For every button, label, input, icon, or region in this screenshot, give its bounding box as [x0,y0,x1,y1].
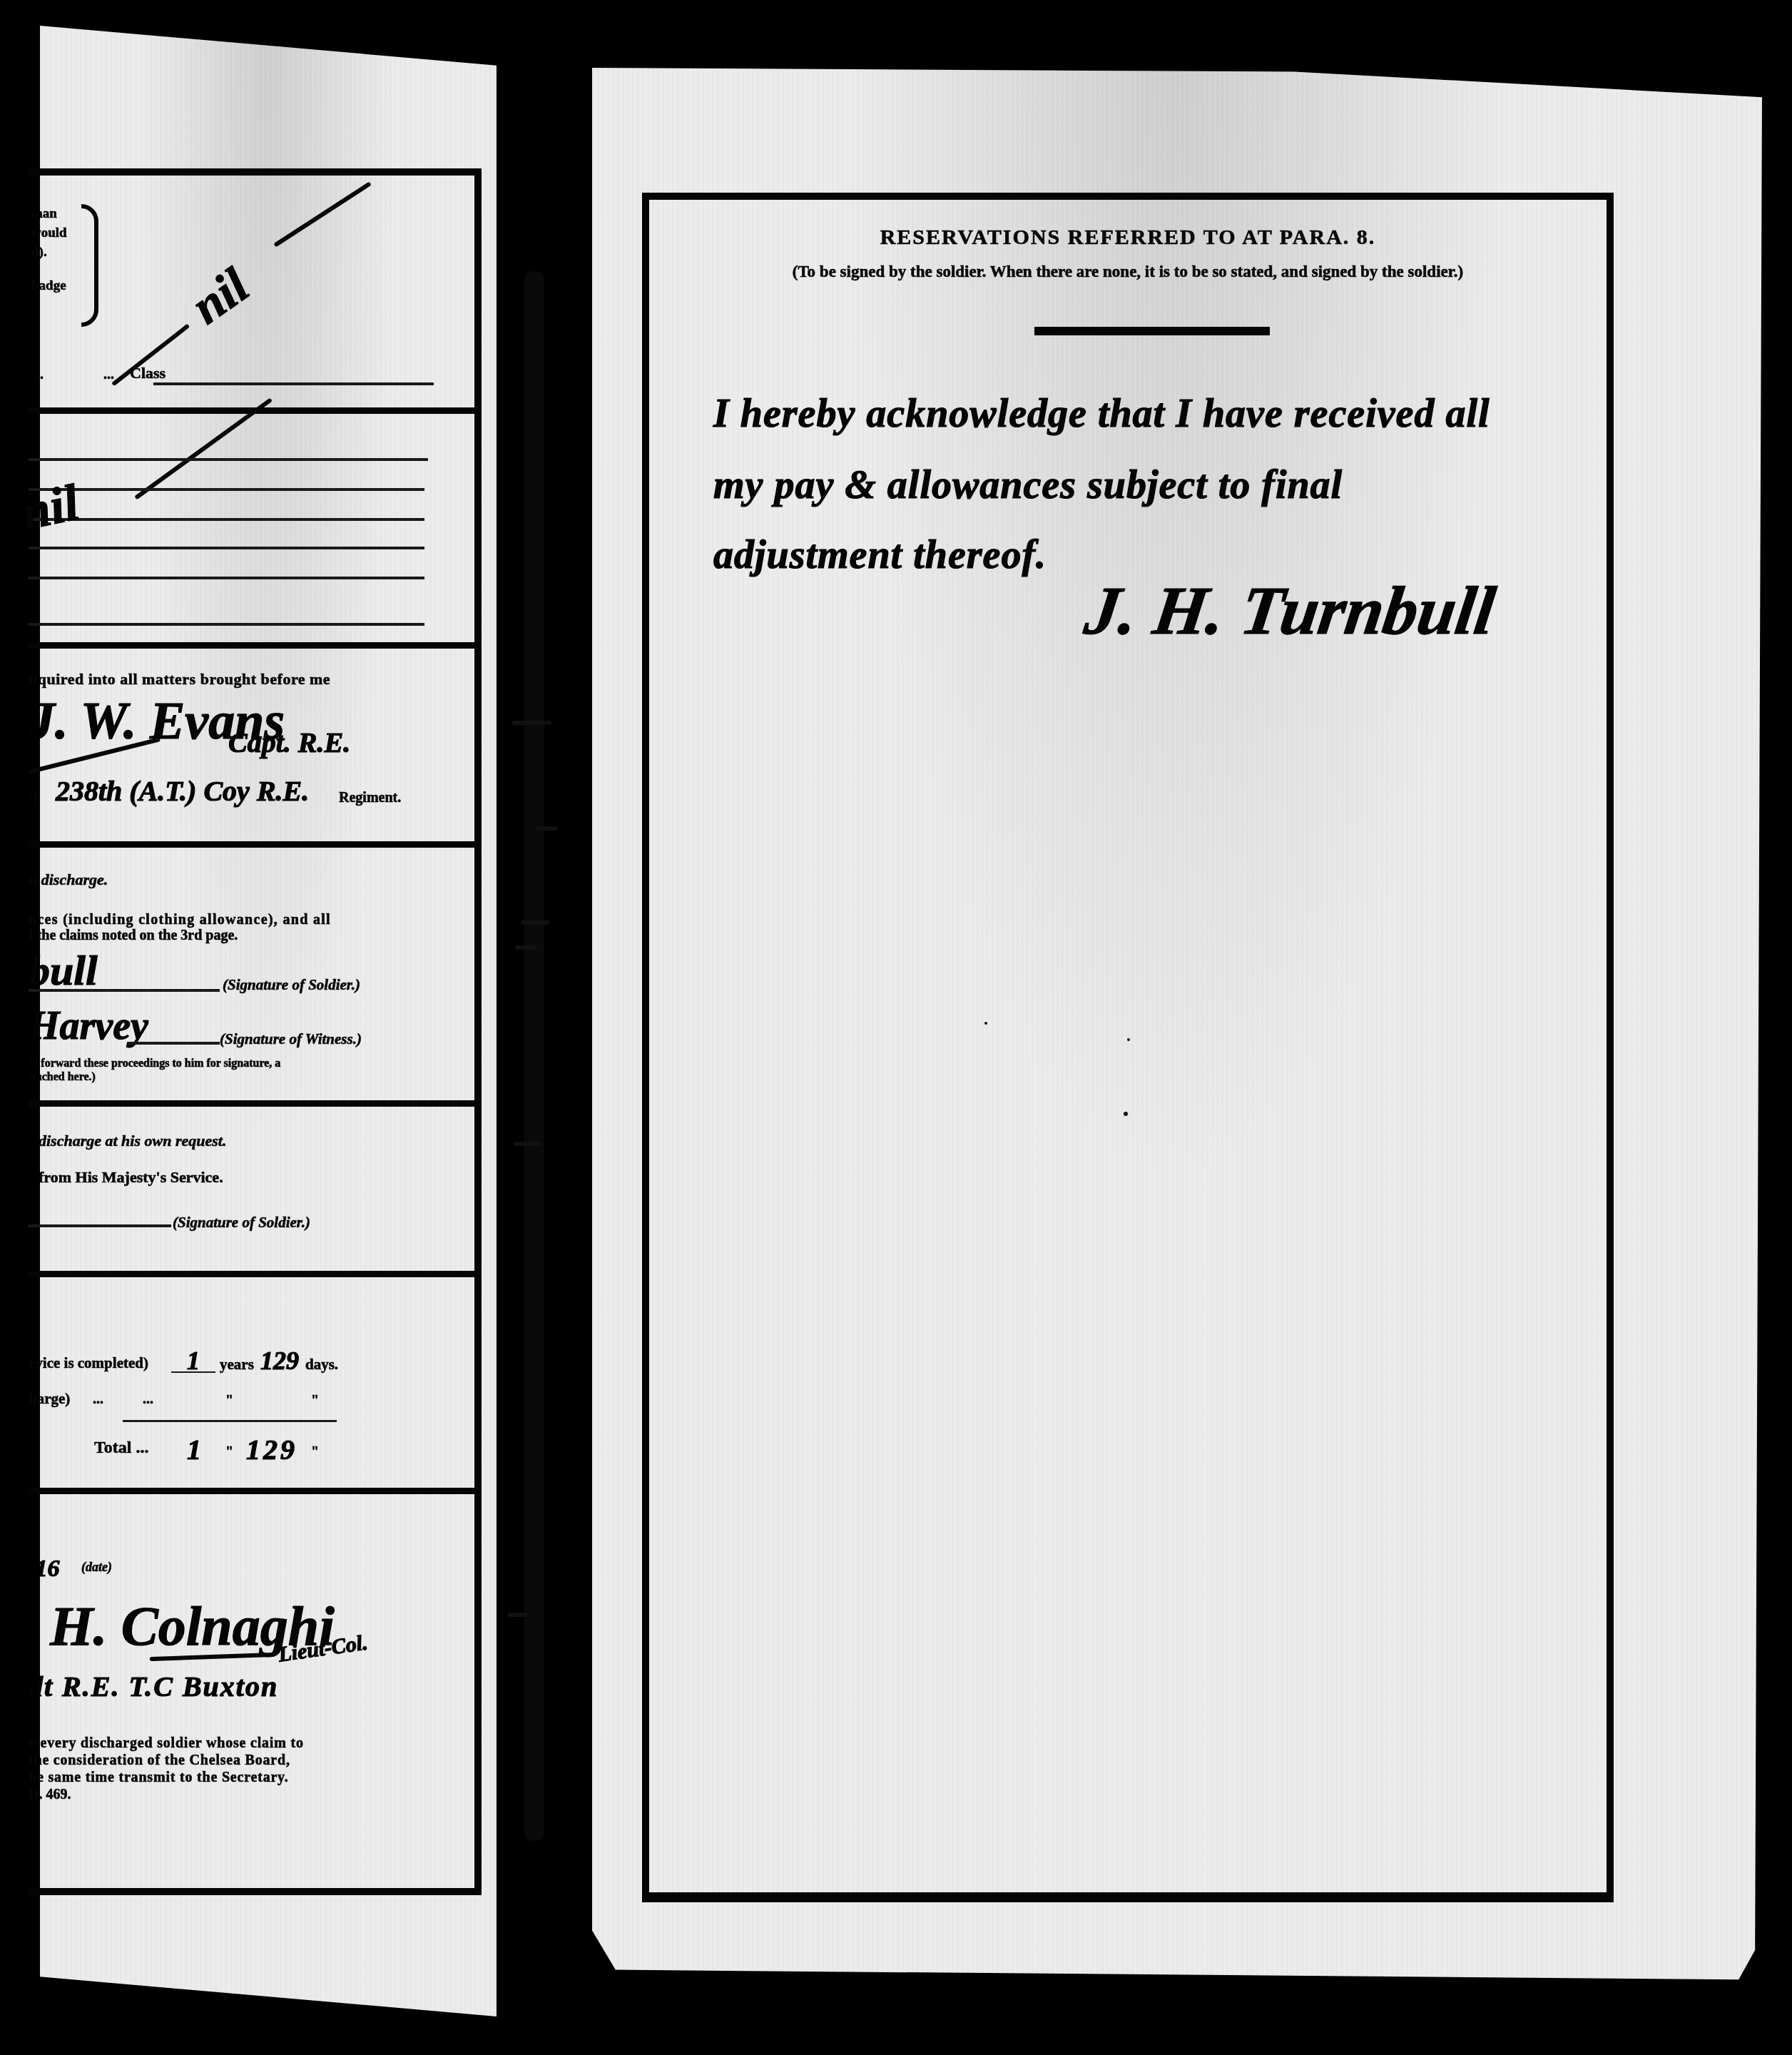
unit-handwritten: 238th (A.T.) Coy R.E. [56,774,309,808]
bracket-text-line: would [31,223,67,243]
stitch-mark [508,1613,528,1617]
title-divider [1034,327,1270,335]
allowances-line: nces (including clothing allowance), and… [29,912,331,928]
claims-line: f the claims noted on the 3rd page. [29,928,238,944]
total-years: 1 [187,1433,201,1466]
form-reference: D. 469. [29,1787,71,1803]
ink-speck [1124,1112,1128,1116]
forwarding-note: ttached here.) [29,1071,96,1084]
discharge-line: n discharge. [29,871,108,889]
stitch-mark [512,721,551,725]
soldier-signature: bull [29,946,98,995]
form-instructions: (To be signed by the soldier. When there… [649,263,1607,281]
witness-line [128,1042,220,1045]
reservation-text-line: adjustment thereof. [713,532,1047,578]
ditto-mark: " [225,1444,233,1461]
form-section-service-total: rvice is completed) 1 years 129 days. ha… [29,1277,474,1494]
form-section-own-request: discharge at his own request. from His M… [29,1107,474,1277]
leader-dots: ... [103,367,114,383]
leader-dots: ... [143,1391,153,1408]
class-fill-line [153,382,434,385]
fill-line [29,623,424,626]
total-days: 129 [246,1433,297,1466]
ditto-mark: " [311,1393,319,1409]
soldier-signature-label: (Signature of Soldier.) [173,1214,310,1232]
soldier-signature-label: (Signature of Soldier.) [223,976,360,994]
form-section-officer: nquired into all matters brought before … [29,649,474,848]
signature-line [29,989,220,992]
soldier-signature: J. H. Turnbull [1080,571,1500,650]
regiment-label: Regiment. [339,790,401,806]
fill-line [29,458,428,461]
bracket-text-line: d). [31,243,67,262]
left-page-form: man would d). badge nil ... ... Class ni… [29,168,482,1895]
binding-stitching [524,271,544,1841]
stitch-mark [536,826,558,831]
fill-line [29,577,424,579]
leader-dots: ... [93,1391,103,1408]
date-value: /16 [29,1556,59,1583]
inquiry-statement: nquired into all matters brought before … [29,670,330,689]
handwritten-nil: nil [16,473,84,543]
handwritten-nil: nil [181,258,260,336]
sum-line [123,1420,337,1422]
footnote-line: the consideration of the Chelsea Board, [29,1752,290,1769]
unit-prefix: g [29,783,39,806]
reservation-text-line: I hereby acknowledge that I have receive… [713,391,1490,437]
ink-speck [984,1022,987,1025]
reservations-form: RESERVATIONS REFERRED TO AT PARA. 8. (To… [642,193,1614,1902]
stitch-mark [514,1142,542,1146]
leader-dots: ... [33,367,44,383]
total-label: Total ... [94,1438,148,1458]
class-label: Class [130,364,166,382]
form-section-discharge-pay: n discharge. nces (including clothing al… [29,848,474,1107]
days-value: 129 [260,1346,299,1376]
ink-speck [1127,1038,1130,1041]
years-label: years [220,1356,254,1374]
commanding-officer-unit: dt R.E. T.C Buxton [29,1670,278,1703]
ditto-mark: " [225,1393,233,1409]
form-title: RESERVATIONS REFERRED TO AT PARA. 8. [649,225,1607,250]
date-label: (date) [81,1560,112,1575]
discharge-period-label: harge) [29,1390,70,1408]
stitch-mark [515,945,536,950]
fill-line [29,488,424,491]
officer-rank: Capt. R.E. [228,726,350,759]
own-request-line: discharge at his own request. [39,1132,226,1150]
years-line [171,1371,215,1373]
footnote-line: o every discharged soldier whose claim t… [29,1735,304,1752]
form-section-badge: man would d). badge nil ... ... Class [29,176,474,414]
witness-signature-label: (Signature of Witness.) [220,1030,362,1048]
bracket-text-line: badge [31,276,67,295]
stitch-mark [521,920,549,925]
fill-line [29,518,424,521]
book-binding [499,0,592,2055]
forwarding-note: to forward these proceedings to him for … [29,1057,280,1070]
brace-icon [81,204,98,327]
service-line: from His Majesty's Service. [39,1168,223,1187]
form-section-commanding-officer: /16 (date) H. Colnaghi Lieut-Col. dt R.E… [29,1494,474,1879]
ditto-mark: " [311,1444,319,1461]
service-completed-label: rvice is completed) [29,1354,148,1372]
days-label: days. [305,1356,338,1374]
footnote-line: he same time transmit to the Secretary. [29,1770,289,1786]
fill-line [29,547,424,549]
bracket-text-line: man [31,204,67,223]
reservation-text-line: my pay & allowances subject to final [713,462,1343,508]
strike-line [273,181,371,247]
bracket-text: man would d). badge [31,204,67,295]
signature-line [29,1224,171,1227]
form-section-lines: nil [29,414,474,649]
